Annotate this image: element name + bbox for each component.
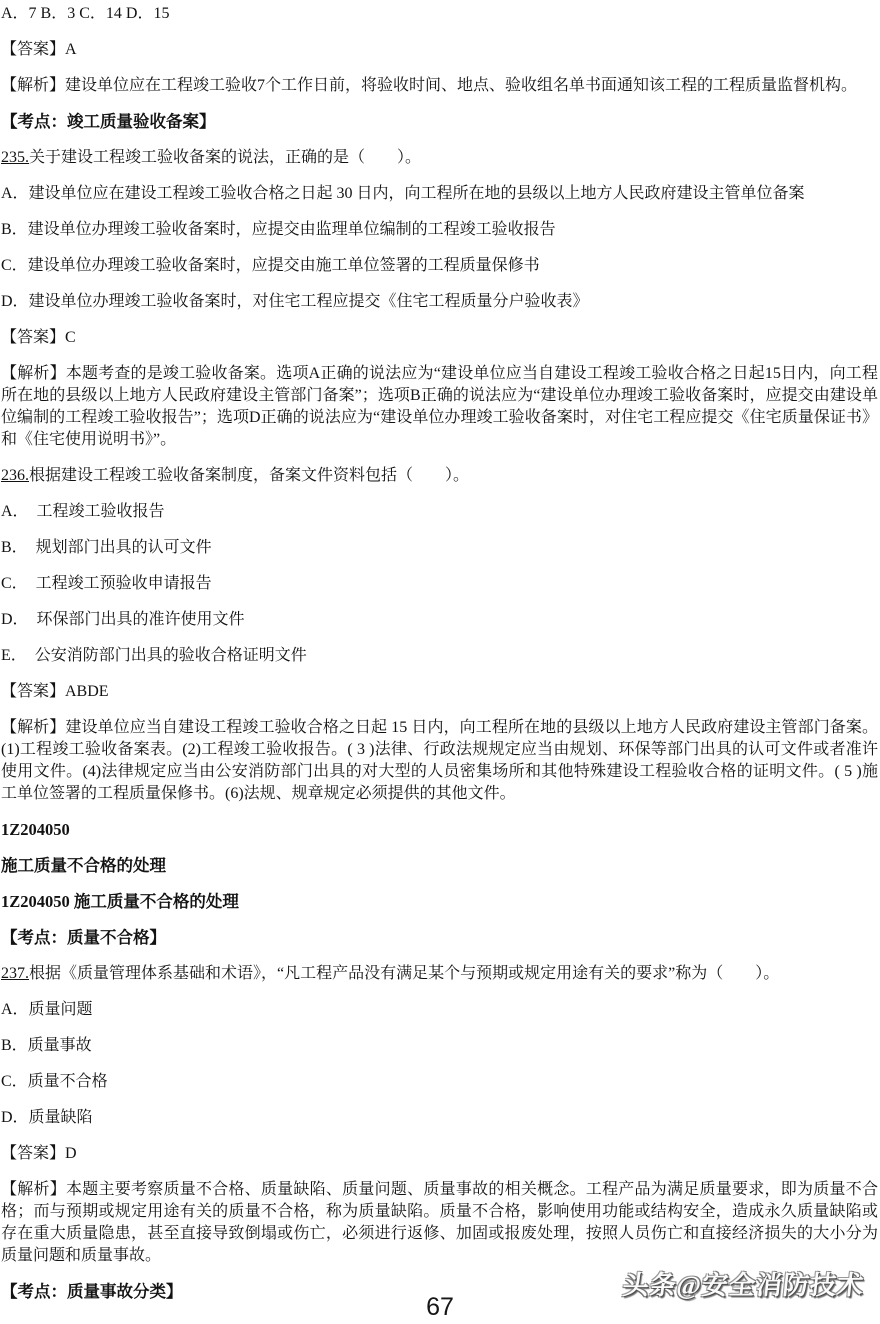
answer-line-237: 【答案】D [1, 1143, 878, 1165]
answer-line-235: 【答案】C [1, 327, 878, 349]
question-text-236: 根据建设工程竣工验收备案制度，备案文件资料包括（ ）。 [29, 467, 469, 484]
option-235-c: C．建设单位办理竣工验收备案时，应提交由施工单位签署的工程质量保修书 [1, 255, 878, 277]
option-236-b: B． 规划部门出具的认可文件 [1, 537, 878, 559]
analysis-235: 【解析】本题考查的是竣工验收备案。选项A正确的说法应为“建设单位应当自建设工程竣… [1, 363, 878, 451]
question-text-235: 关于建设工程竣工验收备案的说法，正确的是（ ）。 [29, 149, 421, 166]
analysis-236: 【解析】建设单位应当自建设工程竣工验收合格之日起 15 日内，向工程所在地的县级… [1, 717, 878, 805]
option-236-e: E． 公安消防部门出具的验收合格证明文件 [1, 645, 878, 667]
question-number-237: 237. [1, 965, 29, 982]
keypoint-completion-acceptance: 【考点：竣工质量验收备案】 [1, 111, 878, 133]
section-code: 1Z204050 [1, 819, 878, 841]
section-title: 施工质量不合格的处理 [1, 855, 878, 877]
page-number: 67 [0, 1293, 880, 1322]
question-stem-237: 237.根据《质量管理体系基础和术语》，“凡工程产品没有满足某个与预期或规定用途… [1, 963, 878, 985]
section-code-title: 1Z204050 施工质量不合格的处理 [1, 891, 878, 913]
question-stem-236: 236.根据建设工程竣工验收备案制度，备案文件资料包括（ ）。 [1, 465, 878, 487]
question-stem-235: 235.关于建设工程竣工验收备案的说法，正确的是（ ）。 [1, 147, 878, 169]
prev-question-options-line: A．7 B．3 C．14 D．15 [1, 3, 878, 25]
option-235-b: B．建设单位办理竣工验收备案时，应提交由监理单位编制的工程竣工验收报告 [1, 219, 878, 241]
option-237-c: C．质量不合格 [1, 1071, 878, 1093]
answer-line-236: 【答案】ABDE [1, 681, 878, 703]
option-236-c: C． 工程竣工预验收申请报告 [1, 573, 878, 595]
option-237-a: A．质量问题 [1, 999, 878, 1021]
option-235-d: D．建设单位办理竣工验收备案时，对住宅工程应提交《住宅工程质量分户验收表》 [1, 291, 878, 313]
document-page: A．7 B．3 C．14 D．15 【答案】A 【解析】建设单位应在工程竣工验收… [0, 0, 880, 1324]
analysis-237: 【解析】本题主要考察质量不合格、质量缺陷、质量问题、质量事故的相关概念。工程产品… [1, 1179, 878, 1267]
option-237-d: D．质量缺陷 [1, 1107, 878, 1129]
option-236-d: D． 环保部门出具的准许使用文件 [1, 609, 878, 631]
answer-line-234: 【答案】A [1, 39, 878, 61]
keypoint-quality-nonconformity: 【考点：质量不合格】 [1, 927, 878, 949]
question-number-236: 236. [1, 467, 29, 484]
analysis-234: 【解析】建设单位应在工程竣工验收7个工作日前，将验收时间、地点、验收组名单书面通… [1, 75, 878, 97]
question-number-235: 235. [1, 149, 29, 166]
question-text-237: 根据《质量管理体系基础和术语》，“凡工程产品没有满足某个与预期或规定用途有关的要… [29, 965, 779, 982]
option-236-a: A． 工程竣工验收报告 [1, 501, 878, 523]
option-235-a: A．建设单位应在建设工程竣工验收合格之日起 30 日内，向工程所在地的县级以上地… [1, 183, 878, 205]
option-237-b: B．质量事故 [1, 1035, 878, 1057]
